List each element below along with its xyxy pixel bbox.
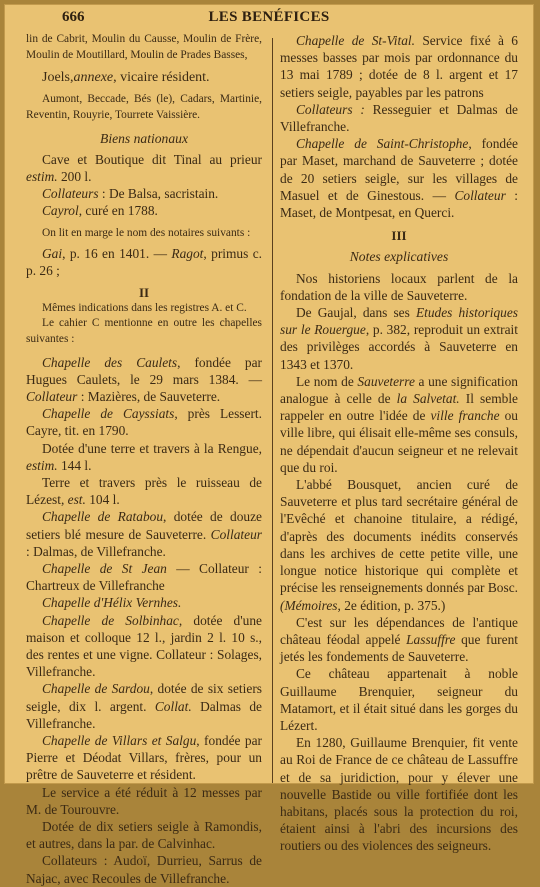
italic-text: la Salvetat. [397, 391, 460, 406]
italic-text: annexe [74, 70, 114, 85]
italic-text: Chapelle de St-Vital. [296, 33, 415, 48]
italic-text: Chapelle de Cayssiats [42, 406, 174, 421]
paragraph: Chapelle de St Jean — Collateur : Chartr… [26, 560, 262, 594]
italic-text: estim. [26, 169, 58, 184]
right-column: Chapelle de St-Vital. Service fixé à 6 m… [280, 32, 518, 790]
paragraph: Cave et Boutique dit Tinal au prieur est… [26, 151, 262, 185]
italic-text: Chapelle de Saint-Christophe [296, 136, 468, 151]
paragraph: C'est sur les dépendances de l'antique c… [280, 614, 518, 666]
text: Le nom de [296, 374, 357, 389]
italic-text: Collateurs [42, 186, 99, 201]
text: 144 l. [58, 458, 92, 473]
text: De Gaujal, dans ses [296, 305, 416, 320]
text: lin de Cabrit, Moulin du Causse, Moulin … [26, 33, 262, 61]
italic-text: Collat. [155, 699, 192, 714]
italic-text: Chapelle de Solbinhac [42, 613, 179, 628]
paragraph: Ce château appartenait à noble Guillaume… [280, 665, 518, 734]
section-numeral-ii: II [26, 284, 262, 301]
section-heading-notes-explicatives: Notes explicatives [280, 248, 518, 265]
section-numeral-iii: III [280, 227, 518, 244]
text: 200 l. [58, 169, 92, 184]
paragraph: Chapelle des Caulets, fondée par Hugues … [26, 354, 262, 406]
italic-text: Ragot [171, 246, 203, 261]
text: : Dalmas, de Villefranche. [26, 544, 166, 559]
italic-text: Collateurs : [296, 102, 365, 117]
italic-text: Lassuffre [406, 632, 455, 647]
page-header: 666 LES BENÉFICES [4, 9, 534, 31]
text: Mêmes indications dans les registres A. … [42, 302, 247, 314]
italic-text: Chapelle de St Jean [42, 561, 167, 576]
paragraph: Dotée d'une terre et travers à la Rengue… [26, 440, 262, 474]
italic-text: Cayrol [42, 203, 79, 218]
paragraph: Le cahier C mentionne en outre les chape… [26, 316, 262, 347]
italic-text: est. [68, 492, 86, 507]
paragraph: Chapelle de Saint-Christophe, fondée par… [280, 135, 518, 221]
italic-text: Chapelle de Ratabou [42, 509, 163, 524]
paragraph: Chapelle de Villars et Salgu, fondée par… [26, 732, 262, 784]
italic-text: ville franche [430, 408, 499, 423]
paragraph: De Gaujal, dans ses Etudes historiques s… [280, 304, 518, 373]
paragraph: Collateurs : De Balsa, sacristain. [26, 185, 262, 202]
italic-text: Collateur [26, 389, 77, 404]
paragraph: Chapelle d'Hélix Vernhes. [26, 594, 262, 611]
paragraph: Le nom de Sauveterre a une signification… [280, 373, 518, 476]
paragraph: Chapelle de St-Vital. Service fixé à 6 m… [280, 32, 518, 101]
paragraph: Aumont, Beccade, Bés (le), Cadars, Marti… [26, 92, 262, 123]
running-title: LES BENÉFICES [4, 9, 534, 26]
text: L'abbé Bousquet, ancien curé de Sauveter… [280, 477, 518, 595]
left-column: lin de Cabrit, Moulin du Causse, Moulin … [26, 32, 262, 790]
text: , 2e édition, p. 375.) [338, 598, 446, 613]
section-heading-biens-nationaux: Biens nationaux [26, 130, 262, 147]
column-divider [272, 38, 273, 783]
italic-text: (Mémoires [280, 598, 338, 613]
italic-text: Chapelle de Sardou [42, 681, 150, 696]
text: : Mazières, de Sauveterre. [77, 389, 220, 404]
italic-text: Gai [42, 246, 62, 261]
paragraph: Joels,annexe, vicaire résident. [26, 69, 262, 86]
paragraph: En 1280, Guillaume Brenquier, fit vente … [280, 734, 518, 790]
text: Le cahier C mentionne en outre les chape… [26, 317, 262, 345]
paragraph: Chapelle de Cayssiats, près Lessert. Cay… [26, 405, 262, 439]
italic-text: Collateur [211, 527, 262, 542]
italic-text: estim. [26, 458, 58, 473]
text: Aumont, Beccade, Bés (le), Cadars, Marti… [26, 93, 262, 121]
italic-text: Chapelle d'Hélix Vernhes. [42, 595, 181, 610]
paragraph: Terre et travers près le ruisseau de Léz… [26, 474, 262, 508]
paragraph: Chapelle de Solbinhac, dotée d'une maiso… [26, 612, 262, 681]
text: Dotée d'une terre et travers à la Rengue… [42, 441, 262, 456]
text: En 1280, Guillaume Brenquier, fit vente … [280, 735, 518, 790]
paragraph: Chapelle de Sardou, dotée de six setiers… [26, 680, 262, 732]
paragraph: L'abbé Bousquet, ancien curé de Sauveter… [280, 476, 518, 614]
italic-text: Collateur [454, 188, 505, 203]
text: , p. 16 en 1401. — [62, 246, 171, 261]
text: , vicaire résident. [113, 70, 209, 85]
scanned-page: 666 LES BENÉFICES lin de Cabrit, Moulin … [4, 4, 534, 784]
paragraph: Le service a été réduit à 12 messes par … [26, 784, 262, 790]
paragraph: Chapelle de Ratabou, dotée de douze seti… [26, 508, 262, 560]
paragraph: Cayrol, curé en 1788. [26, 202, 262, 219]
italic-text: Sauveterre [357, 374, 415, 389]
text: Nos historiens locaux parlent de la fond… [280, 271, 518, 303]
paragraph: Mêmes indications dans les registres A. … [26, 301, 262, 317]
paragraph: On lit en marge le nom des notaires suiv… [26, 226, 262, 242]
italic-text: Chapelle de Villars et Salgu [42, 733, 196, 748]
paragraph: lin de Cabrit, Moulin du Causse, Moulin … [26, 32, 262, 63]
text: On lit en marge le nom des notaires suiv… [42, 227, 250, 239]
paragraph: Gai, p. 16 en 1401. — Ragot, primus c. p… [26, 245, 262, 279]
text: 104 l. [86, 492, 120, 507]
text: Ce château appartenait à noble Guillaume… [280, 666, 518, 733]
text: Terre et travers près le ruisseau de Léz… [26, 475, 262, 507]
text: Cave et Boutique dit Tinal au prieur [42, 152, 262, 167]
text: Joels, [42, 70, 74, 85]
text: Le service a été réduit à 12 messes par … [26, 785, 262, 790]
italic-text: Chapelle des Caulets [42, 355, 177, 370]
paragraph: Collateurs : Resseguier et Dalmas de Vil… [280, 101, 518, 135]
text: : De Balsa, sacristain. [99, 186, 219, 201]
text: , curé en 1788. [79, 203, 158, 218]
paragraph: Nos historiens locaux parlent de la fond… [280, 270, 518, 304]
